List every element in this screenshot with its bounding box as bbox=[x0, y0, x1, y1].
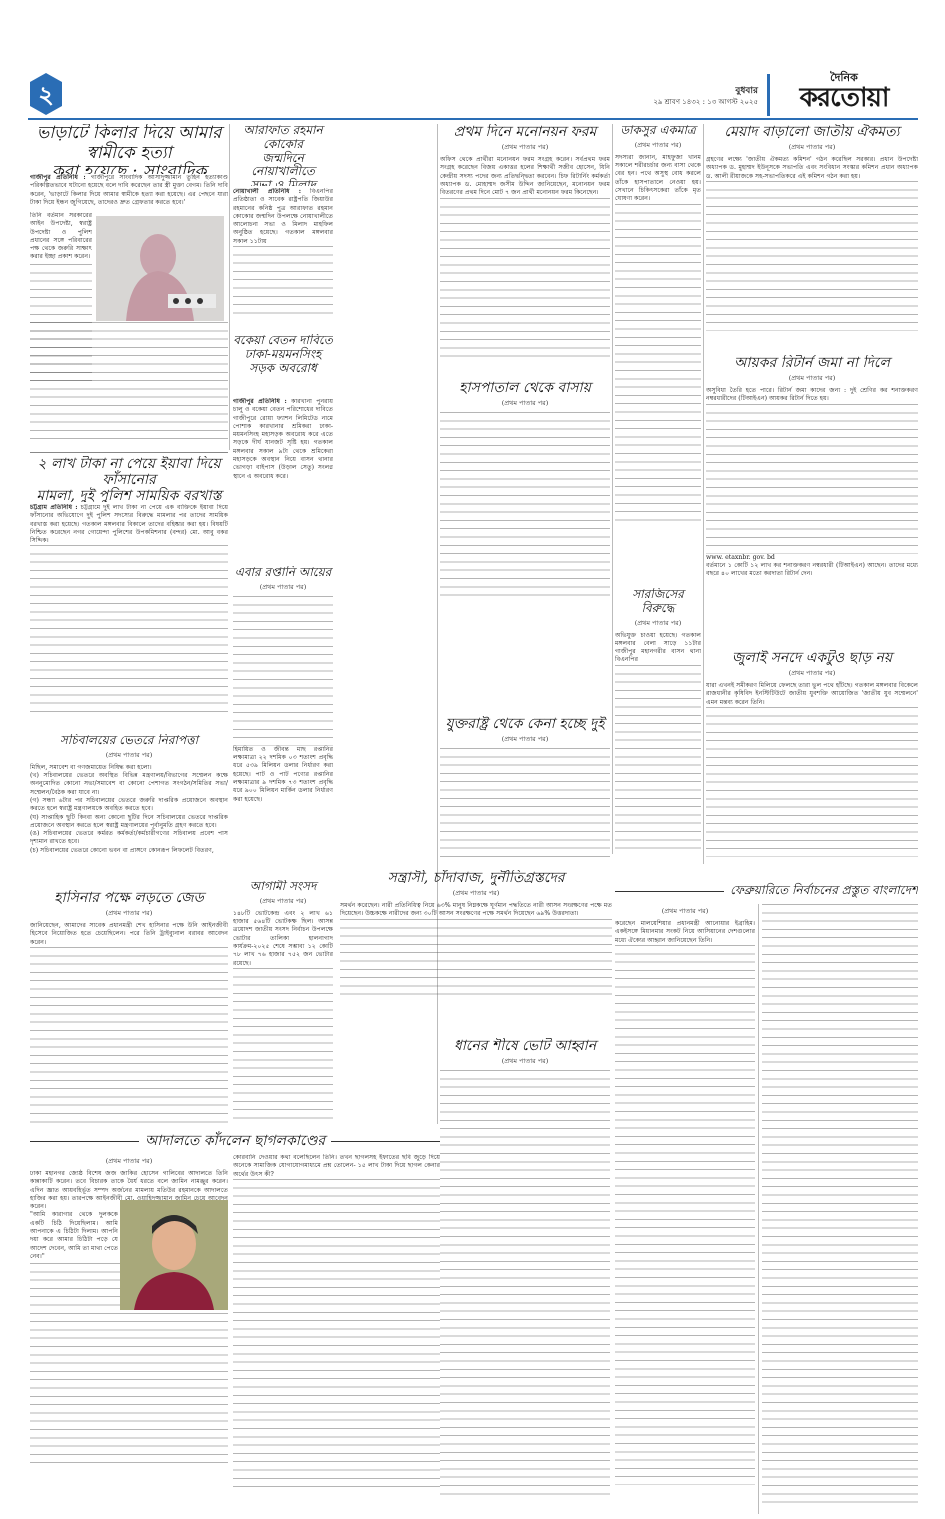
article-court-headline: আদালতে কাঁদলেন ছাগলকাণ্ডের bbox=[30, 1130, 440, 1152]
body-text-continued bbox=[615, 665, 701, 855]
article-tuhin-text bbox=[30, 322, 228, 440]
photo-motiur-rahman bbox=[120, 1200, 228, 1310]
headline: এবার রপ্তানি আয়ের bbox=[233, 566, 333, 580]
secretariat-item: (খ) সচিবালয়ের ভেতরে অবস্থিত বিভিন্ন মন্… bbox=[30, 772, 228, 797]
logo-big: করতোয়া bbox=[776, 84, 912, 112]
continued-label: (প্রথম পাতার পর) bbox=[340, 888, 612, 899]
body-text-continued bbox=[233, 1179, 440, 1489]
svg-text:২: ২ bbox=[38, 81, 54, 109]
article-consensus: মেয়াদ বাড়ালো জাতীয় ঐকমত্য (প্রথম পাতা… bbox=[706, 124, 918, 349]
continued-label: (প্রথম পাতার পর) bbox=[615, 618, 701, 629]
column-rule bbox=[758, 904, 759, 1514]
body-text: ১৪৮টি ভোটকেন্দ্র এবং ২ লাখ ৬১ হাজার ৫৬৪ট… bbox=[233, 910, 333, 968]
masthead: ২ বুধবার ২৯ শ্রাবণ ১৪৩২ : ১৩ আগস্ট ২০২৫ … bbox=[28, 72, 918, 116]
photo-tuhin-wife bbox=[96, 216, 224, 321]
body-text-continued bbox=[340, 919, 612, 999]
headline: ধানের শীষে ভোট আহ্বান bbox=[440, 1038, 610, 1054]
article-export: এবার রপ্তানি আয়ের (প্রথম পাতার পর) হিমা… bbox=[233, 566, 333, 876]
continued-label: (প্রথম পাতার পর) bbox=[440, 142, 610, 153]
article-paddy-vote: ধানের শীষে ভোট আহ্বান (প্রথম পাতার পর) bbox=[440, 1038, 610, 1514]
body-text: বিএনপির প্রতিষ্ঠাতা ও সাবেক রাষ্ট্রপতি জ… bbox=[233, 188, 333, 245]
byline: নোয়াখালী প্রতিনিধি : bbox=[233, 188, 301, 195]
headline: করা হয়েছে : সাংবাদিক তুহিনের স্ত্রী bbox=[30, 163, 228, 174]
body-text-continued bbox=[30, 947, 228, 1125]
article-february-right bbox=[762, 904, 918, 1514]
newspaper-logo: দৈনিক করতোয়া bbox=[776, 72, 912, 112]
secretariat-item: (চ) সচিবালয়ের ভেতরে কোনো ভবন বা প্রাঙ্গ… bbox=[30, 847, 228, 855]
body-text-continued bbox=[706, 181, 918, 331]
headline: ঢাকা-ময়মনসিংহ bbox=[233, 348, 333, 362]
headline: আদালতে কাঁদলেন ছাগলকাণ্ডের bbox=[145, 1133, 325, 1149]
secretariat-item: (গ) সন্ধ্যা ৬টার পর সচিবালয়ের ভেতরে জরু… bbox=[30, 797, 228, 814]
article-july-charter: জুলাই সনদে একটুও ছাড় নয় (প্রথম পাতার প… bbox=[706, 650, 918, 870]
headline: সারজিসের বিরুদ্ধে bbox=[615, 588, 701, 616]
headline: বকেয়া বেতন দাবিতে bbox=[233, 334, 333, 348]
date-block: বুধবার ২৯ শ্রাবণ ১৪৩২ : ১৩ আগস্ট ২০২৫ bbox=[653, 86, 758, 108]
column-rule bbox=[703, 124, 704, 864]
woman-in-hijab-icon bbox=[96, 216, 224, 321]
article-yaba-body: চট্টগ্রাম প্রতিনিধি : চট্টগ্রামে দুই লাখ… bbox=[30, 504, 228, 734]
continued-label: (প্রথম পাতার পর) bbox=[615, 140, 701, 151]
body-text-lines bbox=[233, 596, 333, 746]
body-text: হিমায়িত ও জীবন্ত মাছ রপ্তানির লক্ষ্যমাত… bbox=[233, 746, 333, 804]
headline: জন্মদিনে নোয়াখালীতে bbox=[233, 152, 333, 180]
article-february-left: (প্রথম পাতার পর) করেছেন মালয়েশিয়ার প্র… bbox=[615, 904, 755, 1514]
date-line: ২৯ শ্রাবণ ১৪৩২ : ১৩ আগস্ট ২০২৫ bbox=[653, 97, 758, 108]
continued-label: (প্রথম পাতার পর) bbox=[706, 373, 918, 384]
headline: ডাকসুর একমাত্র bbox=[615, 124, 701, 138]
body-text: তিনি বর্তমান সরকারের আইন উপদেষ্টা, স্বরা… bbox=[30, 212, 92, 262]
body-text: যারা এখনই সমীকরণ মিলিয়ে ফেলছে তারা ভুল … bbox=[706, 682, 918, 707]
continued-label: (প্রথম পাতার পর) bbox=[440, 734, 610, 745]
article-usa-ships: যুক্তরাষ্ট্র থেকে কেনা হচ্ছে দুই (প্রথম … bbox=[440, 716, 610, 866]
body-text: গ্রহণের লক্ষ্যে 'জাতীয় ঐকমত্য কমিশন' গঠ… bbox=[706, 156, 918, 181]
headline-rule bbox=[331, 1141, 440, 1142]
masthead-rule bbox=[28, 118, 918, 120]
headline: সড়ক অবরোধ bbox=[233, 362, 333, 376]
headline: সভা ও মিলাদ মাহফিল bbox=[233, 179, 333, 186]
headline: হাসপাতাল থেকে বাসায় bbox=[440, 380, 610, 396]
continued-label: (প্রথম পাতার পর) bbox=[30, 908, 228, 919]
headline: যুক্তরাষ্ট্র থেকে কেনা হচ্ছে দুই bbox=[440, 716, 610, 732]
column-rule bbox=[612, 124, 613, 854]
body-text: অভিযুক্ত চাওয়া হয়েছে। গতকাল মঙ্গলবার ব… bbox=[615, 632, 701, 665]
newspaper-page: ২ বুধবার ২৯ শ্রাবণ ১৪৩২ : ১৩ আগস্ট ২০২৫ … bbox=[0, 0, 945, 1519]
body-text: অফিস থেকে প্রার্থীরা মনোনয়ন ফরম সংগ্রহ … bbox=[440, 156, 610, 197]
body-text-continued bbox=[30, 545, 228, 715]
body-text-continued bbox=[615, 204, 701, 524]
body-text: সমর্থন করেছেন। নারী প্রতিনিধিত্ব নিয়ে ৬… bbox=[340, 902, 612, 919]
article-tuhin-headline: ভাড়াটে কিলার দিয়ে আমার স্বামীকে হত্যা … bbox=[30, 124, 228, 174]
stats-text: বর্তমানে ১ কোটি ১২ লাখ কর শনাক্তকরণ নম্ব… bbox=[706, 562, 918, 579]
byline: গাজীপুর প্রতিনিধি : bbox=[233, 398, 287, 405]
article-dhaka-road-body: গাজীপুর প্রতিনিধি : কারখানা পুনরায় চালু… bbox=[233, 398, 333, 563]
website-link[interactable]: www. etaxnbr. gov. bd bbox=[706, 554, 918, 562]
body-text-lines bbox=[762, 904, 918, 1504]
article-tax-return: আয়কর রিটার্ন জমা না দিলে (প্রথম পাতার প… bbox=[706, 355, 918, 635]
headline: সন্ত্রাসী, চাঁদাবাজ, দুর্নীতিগ্রস্তদের bbox=[340, 870, 612, 886]
body-text: অসুবিধা তৈরি হতে পারে। রিটার্ন জমা কাদের… bbox=[706, 387, 918, 404]
byline: চট্টগ্রাম প্রতিনিধি : bbox=[30, 504, 78, 511]
article-secretariat: সচিবালয়ের ভেতরে নিরাপত্তা (প্রথম পাতার … bbox=[30, 734, 228, 874]
article-tuhin-lead: গাজীপুর প্রতিনিধি : গাজীপুরে সাংবাদিক আস… bbox=[30, 174, 228, 210]
article-terrorists: সন্ত্রাসী, চাঁদাবাজ, দুর্নীতিগ্রস্তদের (… bbox=[340, 870, 612, 1020]
headline: ফেব্রুয়ারিতে নির্বাচনের প্রস্তুত বাংলাদ… bbox=[730, 884, 918, 898]
section-divider bbox=[30, 452, 228, 453]
headline: ভাড়াটে কিলার দিয়ে আমার স্বামীকে হত্যা bbox=[30, 124, 228, 163]
body-text-lines bbox=[30, 322, 228, 440]
body-text: করেছেন মালয়েশিয়ার প্রধানমন্ত্রী আনোয়া… bbox=[615, 920, 755, 945]
continued-label: (প্রথম পাতার পর) bbox=[233, 582, 333, 593]
body-text-continued bbox=[615, 945, 755, 1485]
continued-label: (প্রথম পাতার পর) bbox=[615, 906, 755, 917]
quote-text: "আমি কারাগার থেকে দুলককে একটি চিঠি দিয়ে… bbox=[30, 1211, 118, 1261]
hexagon-badge-icon: ২ bbox=[28, 72, 64, 116]
continued-label: (প্রথম পাতার পর) bbox=[440, 398, 610, 409]
continued-label: (প্রথম পাতার পর) bbox=[233, 896, 333, 907]
article-yaba-headline: ২ লাখ টাকা না পেয়ে ইয়াবা দিয়ে ফাঁসানো… bbox=[30, 456, 228, 502]
continued-label: (প্রথম পাতার পর) bbox=[706, 142, 918, 153]
article-first-day: প্রথম দিনে মনোনয়ন ফরম (প্রথম পাতার পর) … bbox=[440, 124, 610, 374]
article-koko-headline: আরাফাত রহমান কোকোর জন্মদিনে নোয়াখালীতে … bbox=[233, 124, 333, 186]
headline: সচিবালয়ের ভেতরে নিরাপত্তা bbox=[30, 734, 228, 748]
article-dhaka-road-headline: বকেয়া বেতন দাবিতে ঢাকা-ময়মনসিংহ সড়ক অ… bbox=[233, 334, 333, 396]
continued-label: (প্রথম পাতার পর) bbox=[706, 668, 918, 679]
body-text-continued bbox=[233, 246, 333, 316]
body-text: জানিয়েছেন, আমাদের সাবেক প্রধানমন্ত্রী শ… bbox=[30, 922, 228, 947]
secretariat-item: (ঙ) সচিবালয়ের ভেতরে কর্মরত কর্মকর্তা/কর… bbox=[30, 830, 228, 847]
article-sarjis: সারজিসের বিরুদ্ধে (প্রথম পাতার পর) অভিযু… bbox=[615, 588, 701, 858]
continued-label: (প্রথম পাতার পর) bbox=[440, 1056, 610, 1067]
article-koko-body: নোয়াখালী প্রতিনিধি : বিএনপির প্রতিষ্ঠাত… bbox=[233, 188, 333, 328]
page-number-badge: ২ bbox=[28, 72, 64, 116]
body-text: কোরবানি দেওয়ার কথা বলেছিলেন তিনি। তখন ছ… bbox=[233, 1154, 440, 1179]
headline-rule bbox=[615, 891, 724, 892]
article-hospital: হাসপাতাল থেকে বাসায় (প্রথম পাতার পর) bbox=[440, 380, 610, 610]
body-text-lines bbox=[440, 748, 610, 858]
body-text-continued bbox=[706, 707, 918, 857]
column-rule bbox=[229, 124, 230, 450]
body-text-continued bbox=[440, 198, 610, 358]
secretariat-item: (ঘ) সাপ্তাহিক ছুটি কিংবা অন্য কোনো ছুটির… bbox=[30, 814, 228, 831]
article-court-right: কোরবানি দেওয়ার কথা বলেছিলেন তিনি। তখন ছ… bbox=[233, 1154, 440, 1514]
headline: ২ লাখ টাকা না পেয়ে ইয়াবা দিয়ে ফাঁসানো… bbox=[30, 456, 228, 488]
headline: হাসিনার পক্ষে লড়তে জেড bbox=[30, 890, 228, 906]
article-hasina: হাসিনার পক্ষে লড়তে জেড (প্রথম পাতার পর)… bbox=[30, 890, 228, 1125]
headline: প্রথম দিনে মনোনয়ন ফরম bbox=[440, 124, 610, 140]
body-text: কারখানা পুনরায় চালু ও বকেয়া বেতন পরিশো… bbox=[233, 398, 333, 480]
body-text-lines bbox=[440, 412, 610, 602]
article-dakshu: ডাকসুর একমাত্র (প্রথম পাতার পর) সদস্যরা … bbox=[615, 124, 701, 664]
body-text: সদস্যরা জানান, মাহফুজা খানম সকালে শরীরচর… bbox=[615, 154, 701, 204]
continued-label: (প্রথম পাতার পর) bbox=[30, 750, 228, 761]
headline: মেয়াদ বাড়ালো জাতীয় ঐকমত্য bbox=[706, 124, 918, 140]
man-portrait-icon bbox=[120, 1200, 228, 1310]
body-text-continued bbox=[706, 404, 918, 554]
article-february-headline: ফেব্রুয়ারিতে নির্বাচনের প্রস্তুত বাংলাদ… bbox=[615, 880, 918, 902]
headline: আগামী সংসদ bbox=[233, 880, 333, 894]
body-text-lines bbox=[440, 1070, 610, 1500]
weekday: বুধবার bbox=[653, 86, 758, 97]
continued-label: (প্রথম পাতার পর) bbox=[30, 1156, 228, 1167]
headline: আরাফাত রহমান কোকোর bbox=[233, 124, 333, 152]
masthead-divider bbox=[767, 74, 770, 116]
headline: আয়কর রিটার্ন জমা না দিলে bbox=[706, 355, 918, 371]
secretariat-item: মিছিল, সমাবেশ বা গণজমায়েত নিষিদ্ধ করা হ… bbox=[30, 764, 228, 772]
body-text-continued bbox=[233, 968, 333, 1125]
headline: জুলাই সনদে একটুও ছাড় নয় bbox=[706, 650, 918, 666]
headline-rule bbox=[30, 1141, 139, 1142]
byline: গাজীপুর প্রতিনিধি : bbox=[30, 174, 86, 181]
headline: মামলা, দুই পুলিশ সাময়িক বরখাস্ত bbox=[30, 488, 228, 502]
article-agami: আগামী সংসদ (প্রথম পাতার পর) ১৪৮টি ভোটকেন… bbox=[233, 880, 333, 1125]
